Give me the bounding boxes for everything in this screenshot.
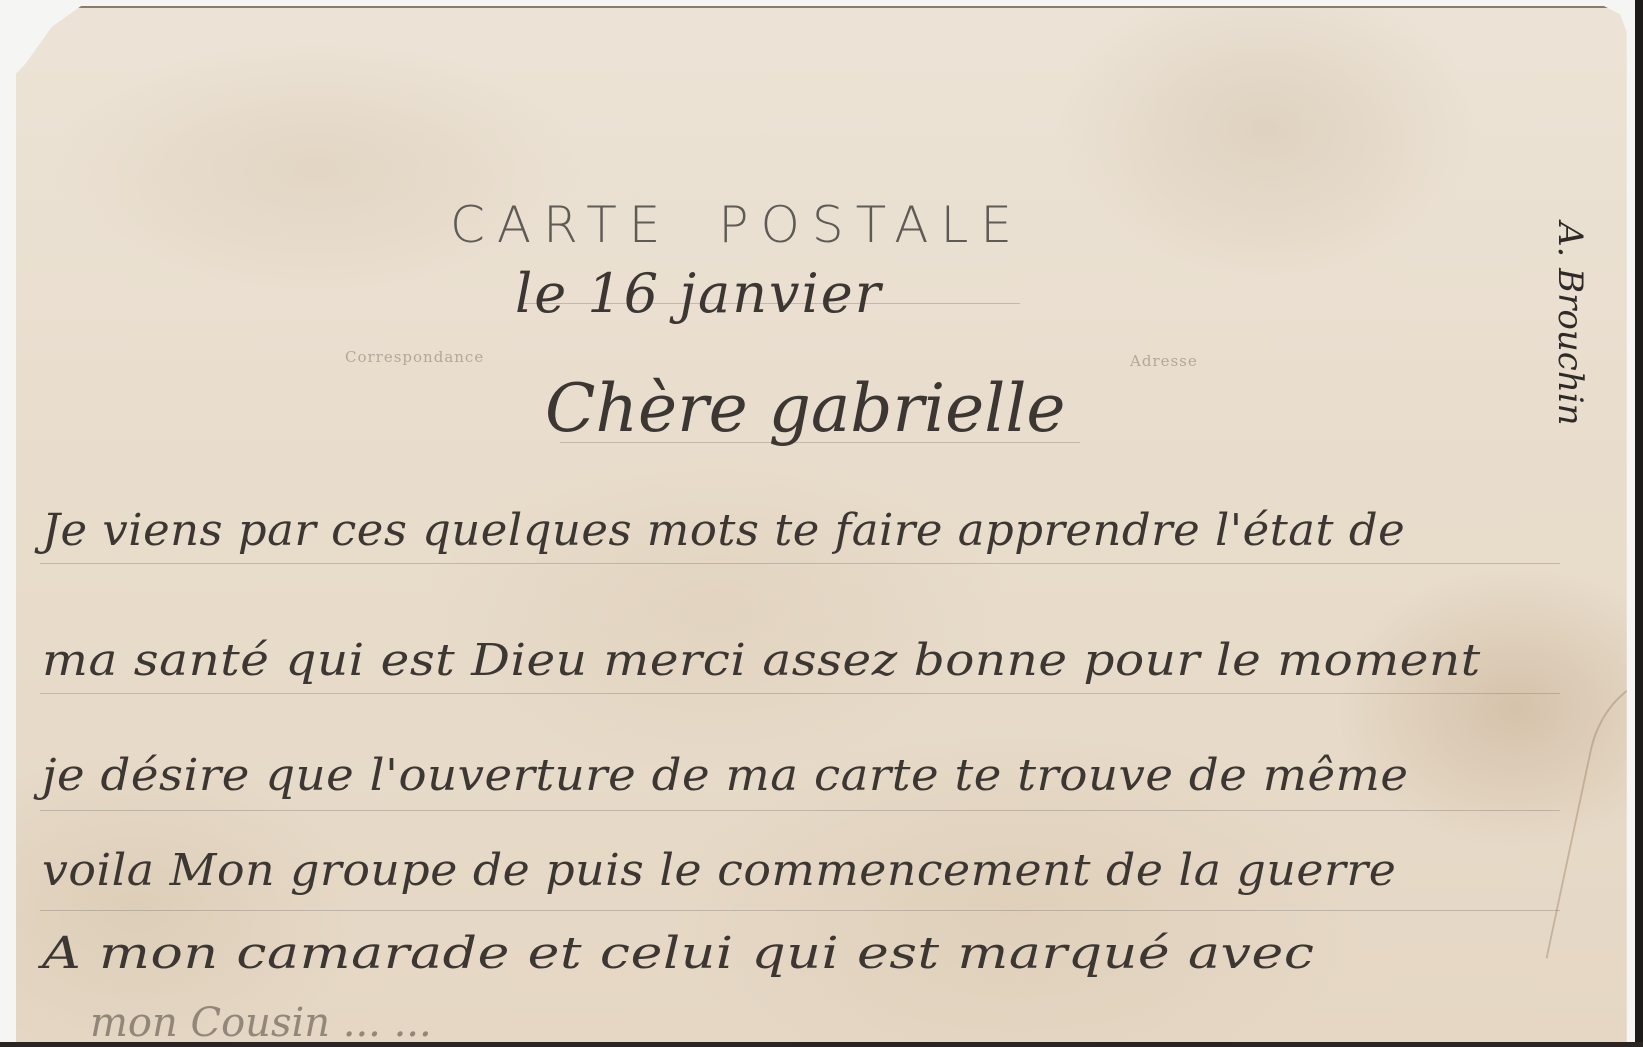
ruled-line	[40, 693, 1560, 694]
handwritten-body-line: ma santé qui est Dieu merci assez bonne …	[42, 635, 1481, 686]
handwritten-date: le 16 janvier	[515, 262, 883, 325]
ruled-line	[40, 563, 1560, 564]
handwritten-body-line-cut-off: mon Cousin ... ...	[90, 1000, 432, 1046]
handwritten-body-line: A mon camarade et celui qui est marqué a…	[42, 928, 1315, 979]
scan-edge-right	[1635, 0, 1643, 1047]
printed-title: CARTEPOSTALE	[450, 196, 1024, 254]
postcard-scan: CARTEPOSTALE Correspondance Adresse le 1…	[0, 0, 1643, 1047]
paper-crease	[1546, 663, 1643, 975]
handwritten-salutation: Chère gabrielle	[545, 370, 1066, 447]
handwritten-body-line: voila Mon groupe de puis le commencement…	[42, 845, 1396, 896]
ruled-line	[40, 910, 1560, 911]
ruled-line	[40, 810, 1560, 811]
printed-title-word-postale: POSTALE	[718, 196, 1024, 254]
handwritten-body-line: Je viens par ces quelques mots te faire …	[42, 505, 1405, 556]
handwritten-signature-vertical: A. Brouchin	[1550, 222, 1590, 426]
printed-label-correspondance: Correspondance	[345, 348, 484, 366]
printed-label-adresse: Adresse	[1130, 352, 1198, 370]
handwritten-body-line: je désire que l'ouverture de ma carte te…	[42, 750, 1409, 801]
printed-title-word-carte: CARTE	[450, 196, 672, 254]
